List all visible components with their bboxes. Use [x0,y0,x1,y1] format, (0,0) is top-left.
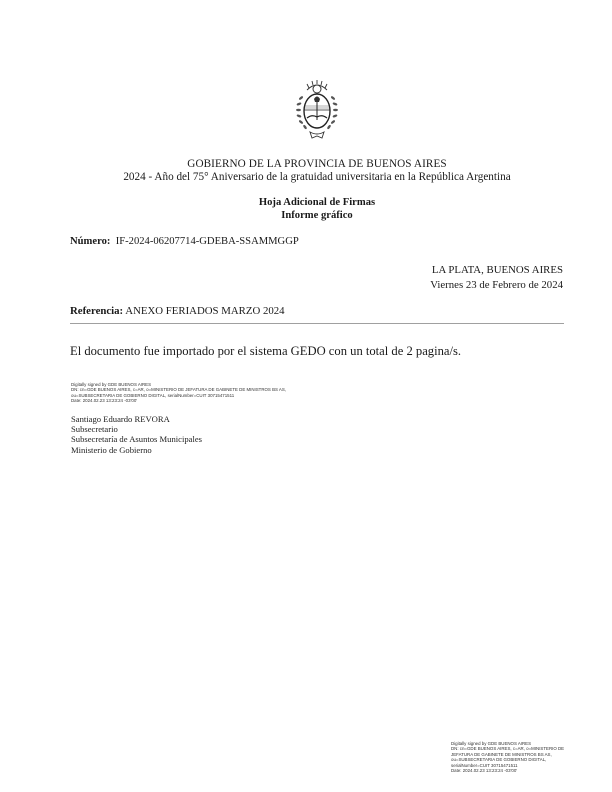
numero-label: Número: [70,236,110,247]
signer-name: Santiago Eduardo REVORA [71,414,202,424]
reference: Referencia: ANEXO FERIADOS MARZO 2024 [70,305,285,317]
signer-block: Santiago Eduardo REVORA Subsecretario Su… [71,414,202,455]
argentine-coat-of-arms-icon [295,80,339,144]
document-subtitle: Informe gráfico [0,210,612,221]
referencia-value: ANEXO FERIADOS MARZO 2024 [125,305,284,317]
divider [70,323,564,324]
body-text: El documento fue importado por el sistem… [70,344,461,359]
footer-signature-stamp: Digitally signed by GDE BUENOS AIRES DN:… [451,741,564,773]
government-header: GOBIERNO DE LA PROVINCIA DE BUENOS AIRES [0,158,612,170]
document-title: Hoja Adicional de Firmas [0,197,612,208]
signature-line: Date: 2024.02.23 13:23:24 -03'00' [71,398,286,403]
document-number: Número: IF-2024-06207714-GDEBA-SSAMMGGP [70,236,299,247]
referencia-label: Referencia: [70,305,123,317]
year-motto: 2024 - Año del 75° Aniversario de la gra… [0,171,612,183]
signer-office: Subsecretaría de Asuntos Municipales [71,434,202,444]
numero-value: IF-2024-06207714-GDEBA-SSAMMGGP [116,236,299,247]
signer-position: Subsecretario [71,424,202,434]
footer-signature-line: Date: 2024.02.23 13:23:24 -03'00' [451,768,564,773]
digital-signature-stamp: Digitally signed by GDE BUENOS AIRES DN:… [71,382,286,404]
date: Viernes 23 de Febrero de 2024 [430,278,563,293]
place-and-date: LA PLATA, BUENOS AIRES Viernes 23 de Feb… [430,263,563,292]
signer-ministry: Ministerio de Gobierno [71,445,202,455]
place: LA PLATA, BUENOS AIRES [430,263,563,278]
